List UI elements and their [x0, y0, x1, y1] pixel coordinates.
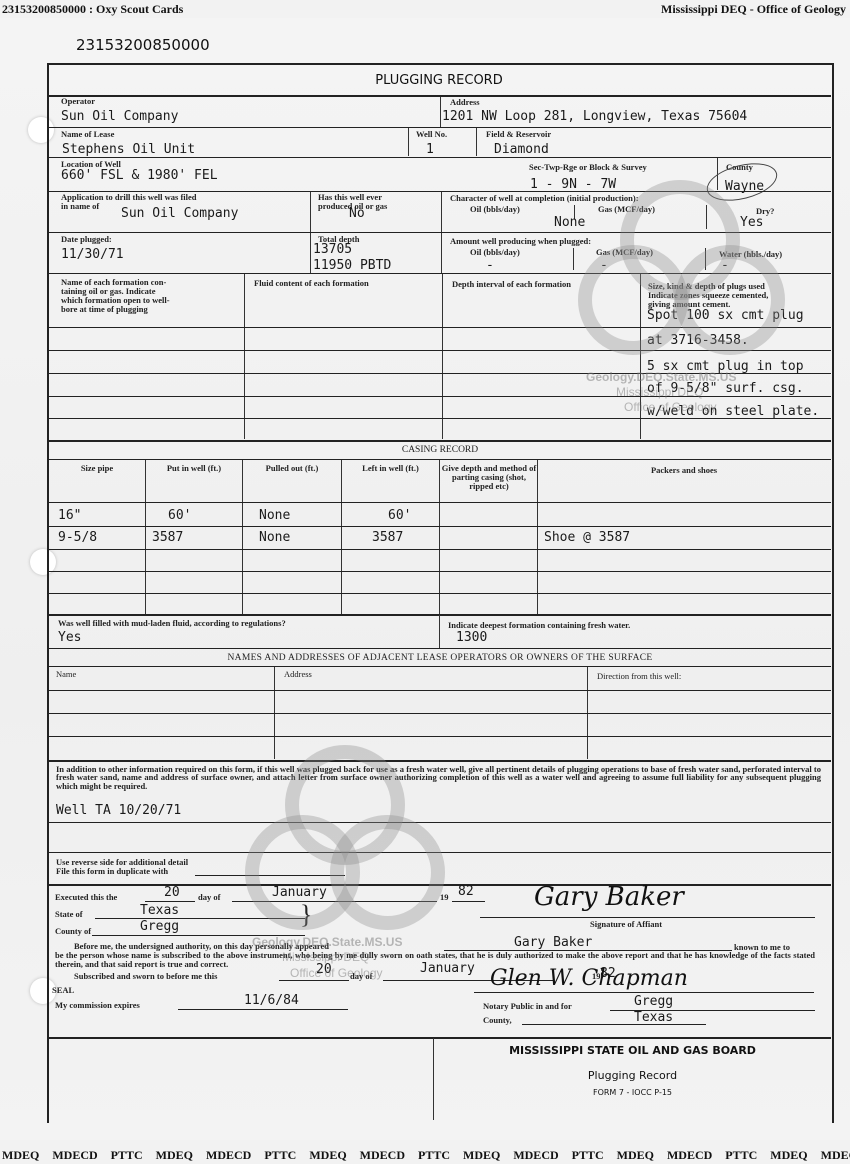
- commission-label: My commission expires: [55, 1001, 140, 1010]
- divider: [476, 128, 477, 156]
- form-title: PLUGGING RECORD: [0, 73, 850, 88]
- board-title: MISSISSIPPI STATE OIL AND GAS BOARD: [435, 1044, 830, 1057]
- day-of-label: day of: [198, 893, 220, 902]
- total-depth-value: 13705: [313, 242, 352, 257]
- divider: [244, 274, 245, 439]
- mud-fluid-value: Yes: [58, 630, 81, 645]
- blank-line: [452, 901, 485, 902]
- divider: [49, 526, 831, 527]
- signature-line: [474, 992, 814, 993]
- divider: [573, 248, 574, 270]
- commission-value: 11/6/84: [244, 993, 299, 1008]
- divider: [439, 615, 440, 648]
- county-of-label: County of: [55, 927, 91, 936]
- divider: [49, 614, 831, 616]
- watermark-text: Geology.DEQ.State.MS.US: [586, 370, 736, 384]
- divider: [441, 192, 442, 232]
- amount-oil-value: -: [486, 258, 494, 273]
- executed-year: 82: [458, 884, 474, 899]
- signature-line: [480, 917, 815, 918]
- casing-cell: 9-5/8: [58, 530, 97, 545]
- casing-cell: 3587: [372, 530, 403, 545]
- operator-label: Operator: [61, 97, 95, 106]
- divider: [49, 127, 831, 128]
- affiant-label: Signature of Affiant: [590, 920, 662, 929]
- application-label-2: in name of: [61, 202, 99, 211]
- casing-cell: 16": [58, 508, 81, 523]
- field-label: Field & Reservoir: [486, 130, 551, 139]
- divider: [408, 128, 409, 156]
- watermark-text: Geology.DEQ.State.MS.US: [252, 935, 402, 949]
- character-gas-value: None: [554, 215, 585, 230]
- address-value: 1201 NW Loop 281, Longview, Texas 75604: [442, 109, 747, 124]
- divider: [537, 460, 538, 614]
- divider: [310, 192, 311, 232]
- depth-interval-label: Depth interval of each formation: [452, 280, 571, 289]
- executed-label: Executed this the: [55, 893, 117, 902]
- casing-header-left: Left in well (ft.): [342, 464, 439, 473]
- casing-header-pulled: Pulled out (ft.): [243, 464, 341, 473]
- divider: [442, 274, 443, 439]
- board-form-no: FORM 7 - IOCC P-15: [435, 1088, 830, 1097]
- amount-oil-label: Oil (bbls/day): [470, 248, 520, 257]
- divider: [310, 233, 311, 273]
- divider: [49, 1037, 831, 1039]
- well-no-label: Well No.: [416, 130, 447, 139]
- divider: [439, 460, 440, 614]
- page-header-left: 23153200850000 : Oxy Scout Cards: [2, 2, 183, 17]
- board-subtitle: Plugging Record: [435, 1069, 830, 1082]
- lease-value: Stephens Oil Unit: [62, 142, 195, 157]
- divider: [49, 549, 831, 550]
- fresh-water-well-value: Well TA 10/20/71: [56, 803, 181, 818]
- divider: [441, 233, 442, 273]
- field-value: Diamond: [494, 142, 549, 157]
- sec-twp-value: 1 - 9N - 7W: [530, 177, 616, 192]
- mud-fluid-label: Was well filled with mud-laden fluid, ac…: [58, 619, 286, 628]
- divider: [49, 822, 831, 823]
- casing-cell: 60': [168, 508, 191, 523]
- character-label: Character of well at completion (initial…: [450, 194, 639, 203]
- produced-value: No: [349, 206, 365, 221]
- well-no-value: 1: [426, 142, 434, 157]
- application-value: Sun Oil Company: [121, 206, 238, 221]
- divider: [440, 97, 441, 127]
- address-label: Address: [450, 98, 480, 107]
- blank-line: [145, 901, 195, 902]
- page-header-right: Mississippi DEQ - Office of Geology: [661, 2, 846, 17]
- reverse-note-2: File this form in duplicate with: [56, 867, 168, 876]
- county-label-2: County,: [483, 1016, 512, 1025]
- subscribed-month: January: [420, 961, 475, 976]
- fresh-water-well-instructions: In addition to other information require…: [56, 765, 821, 790]
- casing-cell: 60': [388, 508, 411, 523]
- state-value: Texas: [140, 903, 179, 918]
- notary-county: Gregg: [634, 994, 673, 1009]
- divider: [49, 157, 831, 158]
- divider: [49, 593, 831, 594]
- notary-state: Texas: [634, 1010, 673, 1025]
- blank-line: [522, 1024, 706, 1025]
- notary-label: Notary Public in and for: [483, 1002, 572, 1011]
- divider: [49, 713, 831, 714]
- amount-producing-label: Amount well producing when plugged:: [450, 237, 591, 246]
- formation-name-label-4: bore at time of plugging: [61, 305, 148, 314]
- divider: [49, 760, 831, 762]
- fresh-water-label: Indicate deepest formation containing fr…: [448, 621, 630, 630]
- date-plugged-value: 11/30/71: [61, 247, 124, 262]
- watermark-text: Mississippi DEQ: [616, 385, 703, 399]
- county-of-value: Gregg: [140, 919, 179, 934]
- document-id: 23153200850000: [76, 36, 210, 54]
- divider: [49, 666, 831, 667]
- casing-header-size: Size pipe: [49, 464, 145, 473]
- year-prefix: 19: [440, 893, 449, 902]
- divider: [49, 690, 831, 691]
- divider: [49, 648, 831, 649]
- date-plugged-label: Date plugged:: [61, 235, 112, 244]
- watermark-text: Mississippi DEQ: [282, 950, 369, 964]
- watermark-text: Office of Geology: [290, 966, 383, 980]
- operator-value: Sun Oil Company: [61, 109, 178, 124]
- adjacent-name-label: Name: [56, 670, 76, 679]
- adjacent-title: NAMES AND ADDRESSES OF ADJACENT LEASE OP…: [49, 654, 831, 663]
- divider: [145, 460, 146, 614]
- location-value: 660' FSL & 1980' FEL: [61, 168, 218, 183]
- casing-title: CASING RECORD: [49, 446, 831, 455]
- sec-twp-label: Sec-Twp-Rge or Block & Survey: [529, 163, 647, 172]
- dry-value: Yes: [740, 215, 763, 230]
- casing-cell: None: [259, 508, 290, 523]
- casing-header-put: Put in well (ft.): [146, 464, 242, 473]
- divider: [49, 396, 831, 397]
- notary-signature: Glen W. Chapman: [490, 966, 688, 991]
- divider: [433, 1038, 434, 1120]
- divider: [242, 460, 243, 614]
- appeared-name: Gary Baker: [514, 935, 592, 950]
- casing-header-parting: Give depth and method of parting casing …: [441, 464, 537, 491]
- executed-day: 20: [164, 885, 180, 900]
- affiant-signature: Gary Baker: [534, 882, 684, 912]
- casing-cell: 3587: [152, 530, 183, 545]
- adjacent-direction-label: Direction from this well:: [597, 672, 681, 681]
- casing-header-packers: Packers and shoes: [538, 466, 830, 475]
- divider: [49, 571, 831, 572]
- blank-line: [178, 1009, 348, 1010]
- casing-cell: None: [259, 530, 290, 545]
- seal-label: SEAL: [52, 986, 74, 995]
- divider: [49, 459, 831, 460]
- watermark-text: Office of Geology: [624, 400, 717, 414]
- watermark-logo-ring: [330, 815, 445, 930]
- watermark-logo-ring: [578, 245, 688, 355]
- lease-label: Name of Lease: [61, 130, 114, 139]
- divider: [49, 736, 831, 737]
- pbtd-value: 11950 PBTD: [313, 258, 391, 273]
- subscribed-label: Subscribed and sworn to before me this: [74, 972, 217, 981]
- state-label: State of: [55, 910, 83, 919]
- watermark-logo-ring: [675, 245, 785, 355]
- page-footer: MDEQ MDECD PTTC MDEQ MDECD PTTC MDEQ MDE…: [2, 1148, 850, 1163]
- fluid-content-label: Fluid content of each formation: [254, 279, 369, 288]
- divider: [49, 440, 831, 442]
- divider: [49, 502, 831, 503]
- blank-line: [279, 980, 349, 981]
- casing-cell: Shoe @ 3587: [544, 530, 630, 545]
- character-oil-label: Oil (bbls/day): [470, 205, 520, 214]
- adjacent-address-label: Address: [284, 670, 312, 679]
- fresh-water-value: 1300: [456, 630, 487, 645]
- divider: [341, 460, 342, 614]
